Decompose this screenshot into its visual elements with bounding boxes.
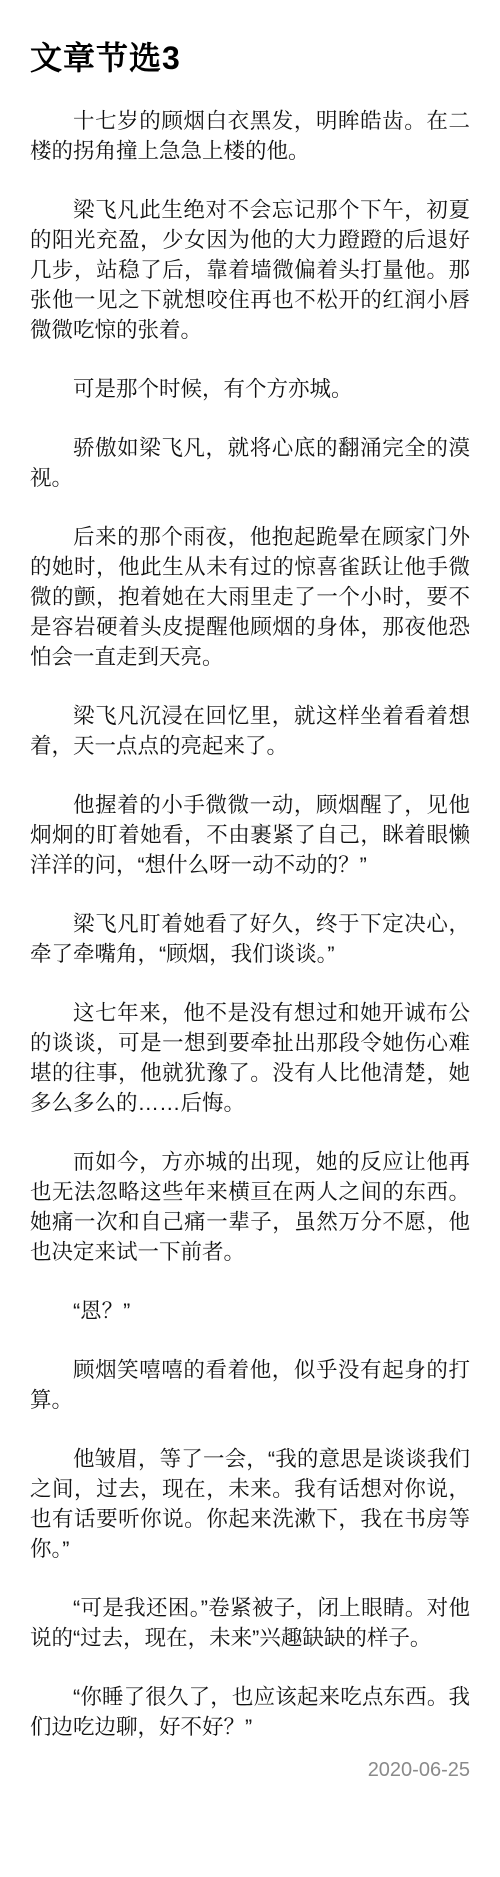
paragraph: “恩？”	[30, 1296, 470, 1326]
paragraph: 他握着的小手微微一动，顾烟醒了，见他炯炯的盯着她看，不由裹紧了自己，眯着眼懒洋洋…	[30, 790, 470, 880]
paragraph: 而如今，方亦城的出现，她的反应让他再也无法忽略这些年来横亘在两人之间的东西。她痛…	[30, 1147, 470, 1267]
paragraph: 这七年来，他不是没有想过和她开诚布公的谈谈，可是一想到要牵扯出那段令她伤心难堪的…	[30, 998, 470, 1118]
paragraph: 梁飞凡盯着她看了好久，终于下定决心，牵了牵嘴角，“顾烟，我们谈谈。”	[30, 909, 470, 969]
paragraph: 后来的那个雨夜，他抱起跪晕在顾家门外的她时，他此生从未有过的惊喜雀跃让他手微微的…	[30, 522, 470, 672]
page-title: 文章节选3	[30, 40, 470, 77]
paragraph: 梁飞凡此生绝对不会忘记那个下午，初夏的阳光充盈，少女因为他的大力蹬蹬的后退好几步…	[30, 195, 470, 345]
reader-page: 文章节选3 十七岁的顾烟白衣黑发，明眸皓齿。在二楼的拐角撞上急急上楼的他。梁飞凡…	[0, 0, 500, 1877]
paragraph: 十七岁的顾烟白衣黑发，明眸皓齿。在二楼的拐角撞上急急上楼的他。	[30, 106, 470, 166]
article-content: 文章节选3 十七岁的顾烟白衣黑发，明眸皓齿。在二楼的拐角撞上急急上楼的他。梁飞凡…	[0, 0, 500, 1782]
paragraph: 梁飞凡沉浸在回忆里，就这样坐着看着想着，天一点点的亮起来了。	[30, 701, 470, 761]
post-date: 2020-06-25	[30, 1758, 470, 1782]
paragraph: “你睡了很久了，也应该起来吃点东西。我们边吃边聊，好不好？”	[30, 1682, 470, 1742]
paragraph: 骄傲如梁飞凡，就将心底的翻涌完全的漠视。	[30, 433, 470, 493]
paragraph: 可是那个时候，有个方亦城。	[30, 374, 470, 404]
article-body: 十七岁的顾烟白衣黑发，明眸皓齿。在二楼的拐角撞上急急上楼的他。梁飞凡此生绝对不会…	[30, 106, 470, 1742]
paragraph: 他皱眉，等了一会，“我的意思是谈谈我们之间，过去，现在，未来。我有话想对你说，也…	[30, 1444, 470, 1564]
paragraph: “可是我还困。”卷紧被子，闭上眼睛。对他说的“过去，现在，未来”兴趣缺缺的样子。	[30, 1593, 470, 1653]
paragraph: 顾烟笑嘻嘻的看着他，似乎没有起身的打算。	[30, 1355, 470, 1415]
